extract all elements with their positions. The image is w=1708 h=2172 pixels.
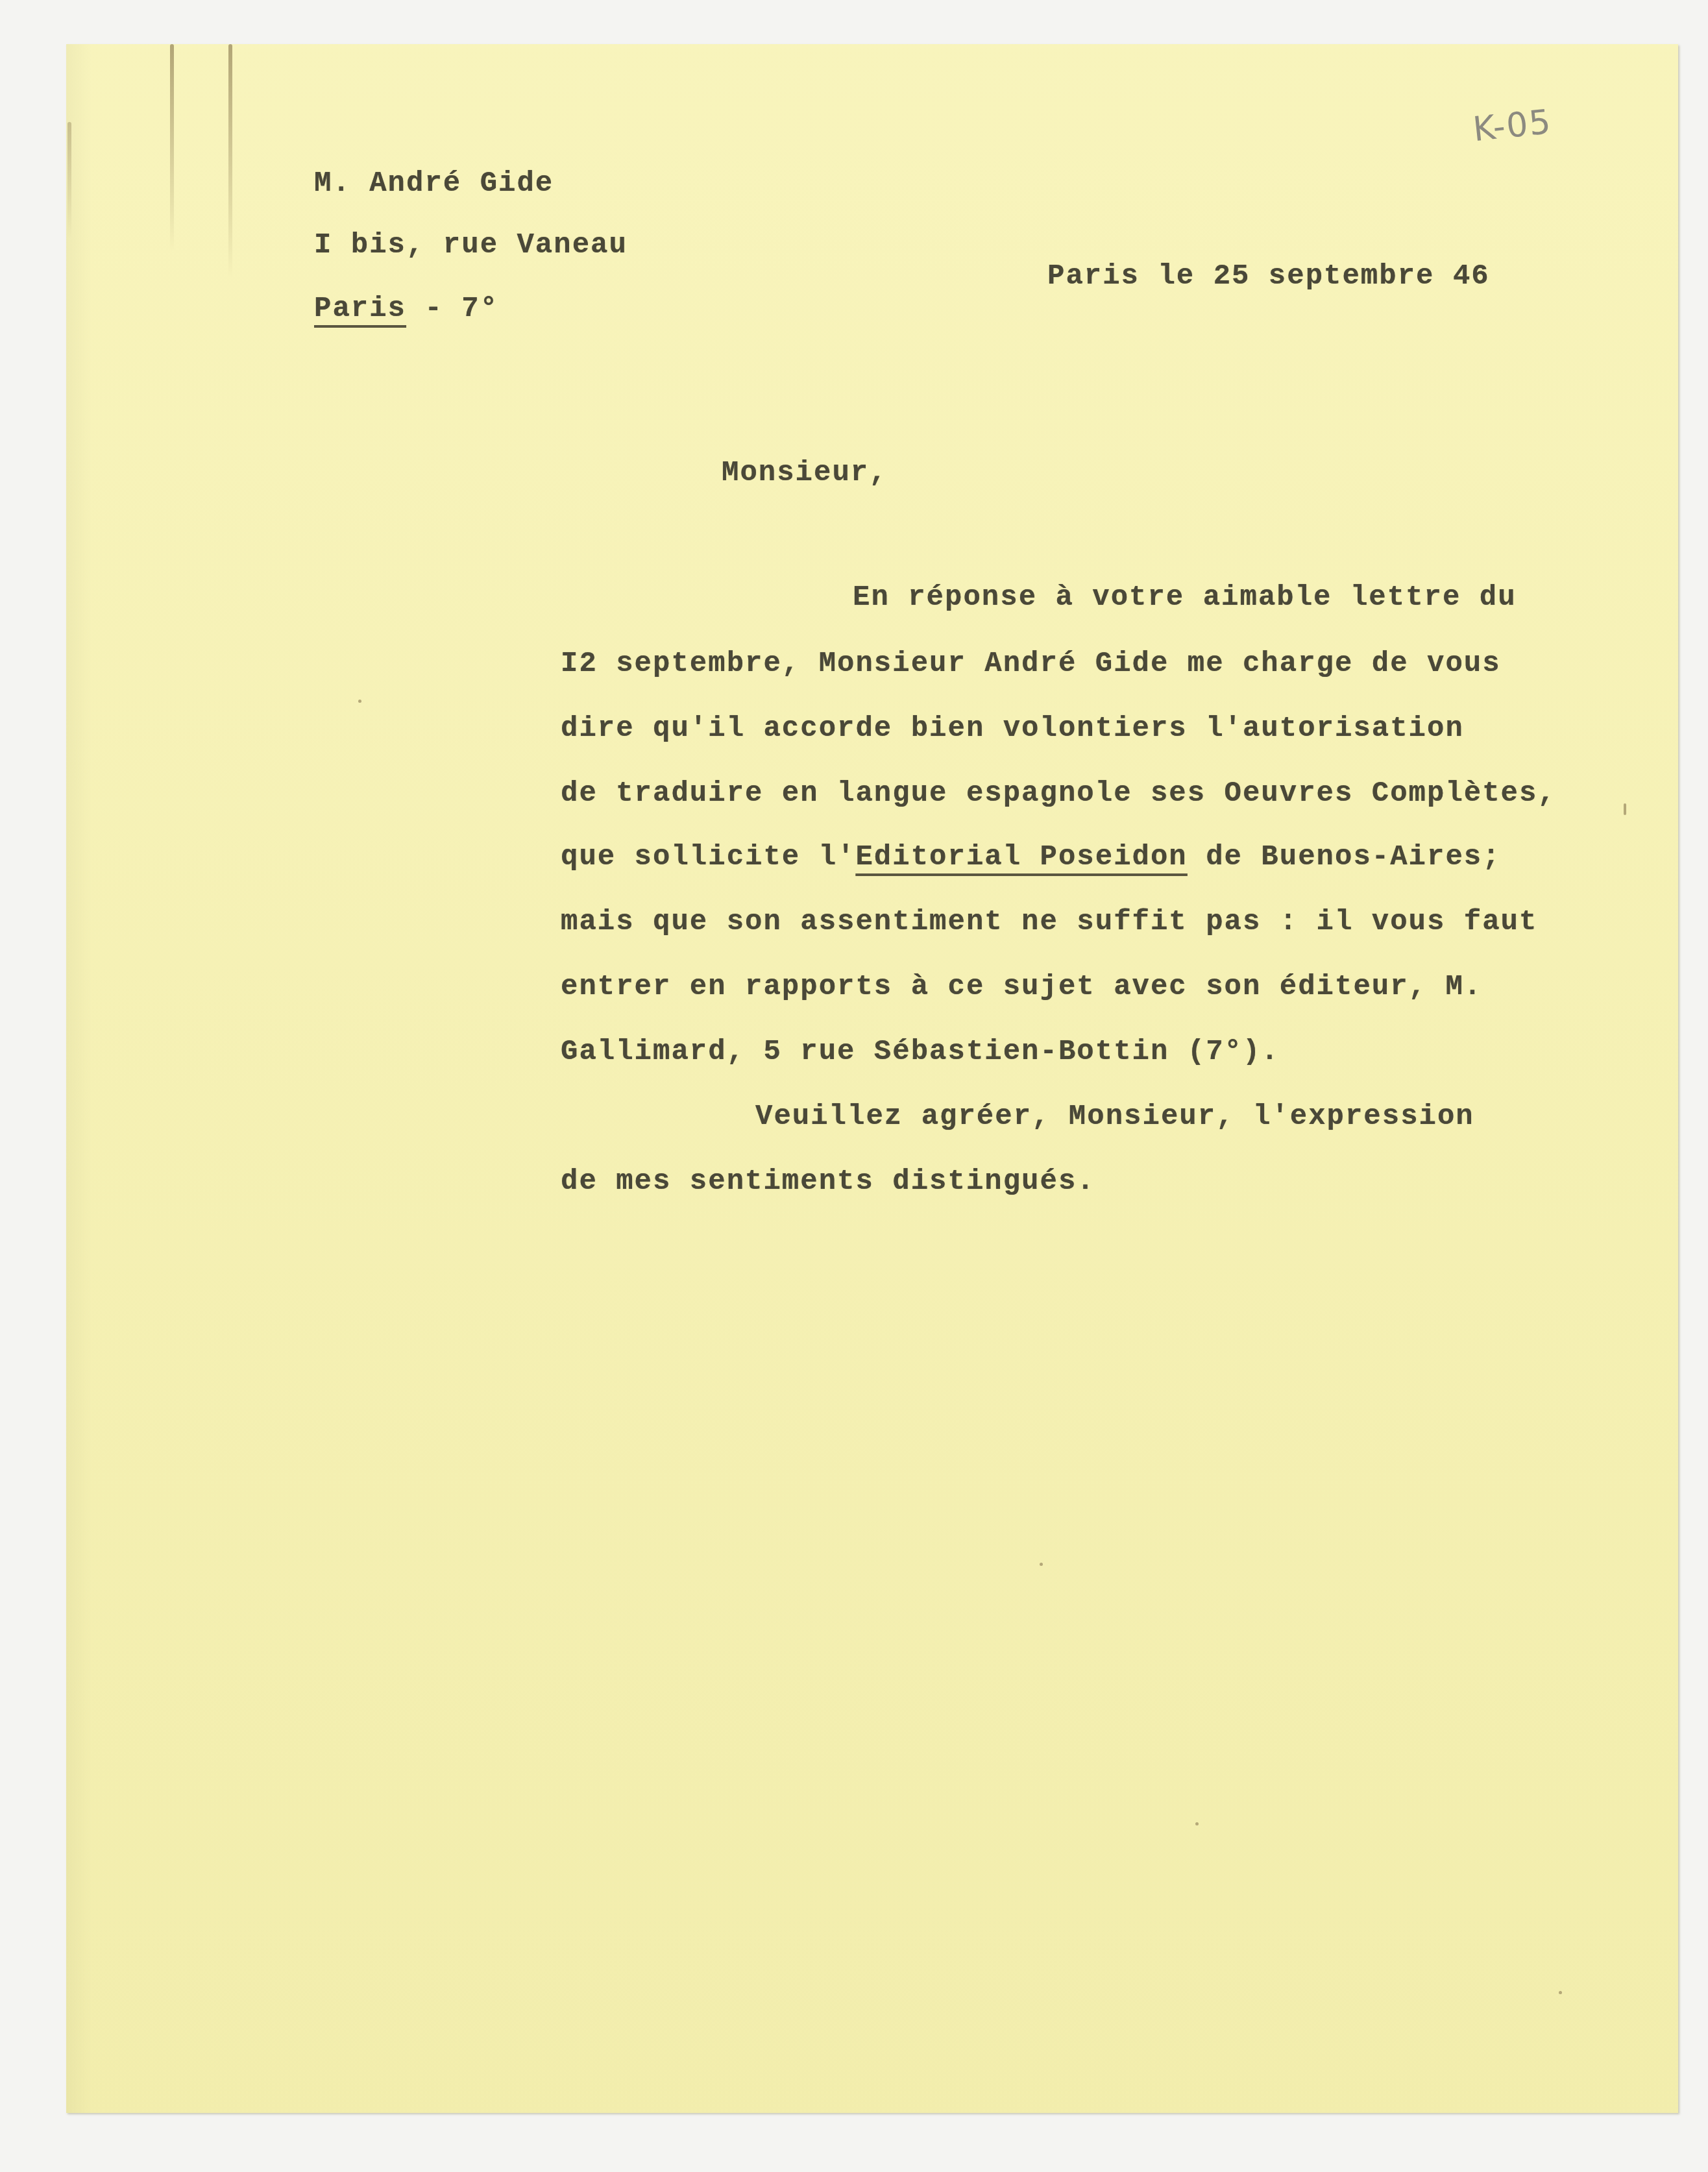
paper-speck bbox=[358, 700, 361, 703]
body-line: entrer en rapports à ce sujet avec son é… bbox=[561, 971, 1482, 1003]
addressee-name: M. André Gide bbox=[314, 167, 554, 200]
body-fragment: de Buenos-Aires; bbox=[1188, 841, 1501, 873]
paper-speck bbox=[1624, 803, 1626, 815]
salutation: Monsieur, bbox=[722, 457, 888, 489]
addressee-district: - 7° bbox=[406, 293, 498, 325]
paper-speck bbox=[1559, 1991, 1562, 1994]
body-line: En réponse à votre aimable lettre du bbox=[853, 581, 1517, 614]
body-line: mais que son assentiment ne suffit pas :… bbox=[561, 906, 1537, 938]
archive-mark: K-05 bbox=[1471, 103, 1554, 149]
closing-line: de mes sentiments distingués. bbox=[561, 1165, 1095, 1198]
paper-speck bbox=[1195, 1822, 1199, 1825]
body-line: I2 septembre, Monsieur André Gide me cha… bbox=[561, 648, 1501, 680]
paper-speck bbox=[1040, 1563, 1043, 1566]
body-line: Gallimard, 5 rue Sébastien-Bottin (7°). bbox=[561, 1036, 1280, 1068]
closing-line: Veuillez agréer, Monsieur, l'expression bbox=[755, 1101, 1474, 1133]
body-line: de traduire en langue espagnole ses Oeuv… bbox=[561, 777, 1556, 810]
publisher-name: Editorial Poseidon bbox=[855, 841, 1187, 873]
addressee-city-line: Paris - 7° bbox=[314, 293, 498, 325]
paper-crease bbox=[170, 44, 174, 252]
date-line: Paris le 25 septembre 46 bbox=[1047, 260, 1490, 293]
body-line: dire qu'il accorde bien volontiers l'aut… bbox=[561, 713, 1464, 745]
letter-sheet: K-05 M. André Gide I bis, rue Vaneau Par… bbox=[66, 44, 1678, 2113]
paper-crease bbox=[228, 44, 232, 278]
addressee-street: I bis, rue Vaneau bbox=[314, 229, 628, 262]
addressee-city: Paris bbox=[314, 293, 406, 325]
body-line: que sollicite l'Editorial Poseidon de Bu… bbox=[561, 841, 1501, 873]
body-fragment: que sollicite l' bbox=[561, 841, 855, 873]
paper-crease bbox=[67, 122, 71, 239]
